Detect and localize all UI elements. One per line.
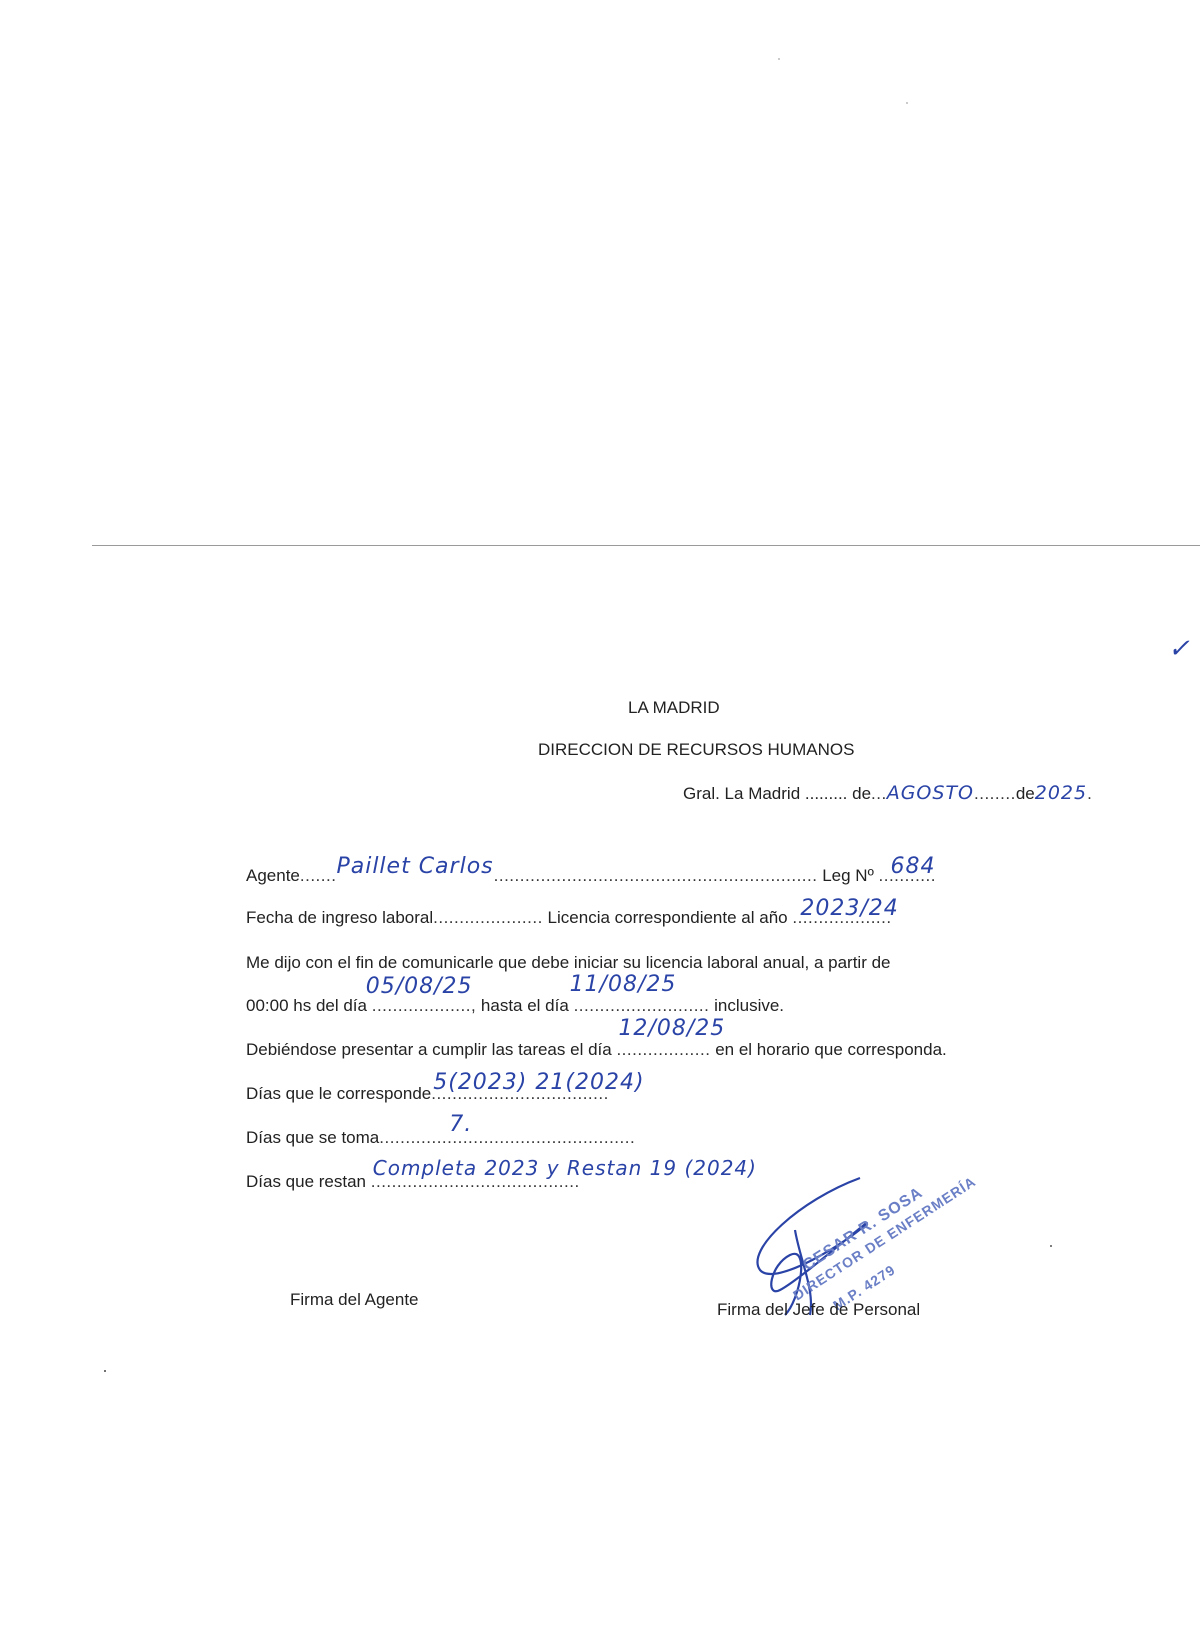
header-org: LA MADRID: [628, 698, 720, 718]
desde-row: 00:00 hs del día ..................., 05…: [246, 996, 784, 1016]
fecha-fin: 11/08/25: [570, 972, 677, 997]
dias-toma-row: Días que se toma........................…: [246, 1128, 635, 1148]
checkmark-icon: ✓: [1168, 633, 1190, 664]
fecha-inicio: 05/08/25: [366, 974, 473, 999]
scan-speck: [104, 1370, 106, 1372]
leg-number: 684: [891, 854, 936, 879]
header-department: DIRECCION DE RECURSOS HUMANOS: [538, 740, 854, 760]
page-separator-line: [92, 545, 1200, 546]
ingreso-row: Fecha de ingreso laboral................…: [246, 908, 892, 928]
date-year: 2025: [1035, 782, 1087, 804]
dias-toma-value: 7.: [449, 1112, 472, 1137]
scan-speck: [1050, 1245, 1052, 1247]
date-prefix: Gral. La Madrid ......... de: [683, 784, 871, 803]
notice-paragraph: Me dijo con el fin de comunicarle que de…: [246, 953, 890, 973]
ingreso-label: Fecha de ingreso laboral: [246, 908, 433, 927]
scan-speck: [906, 102, 908, 104]
firma-jefe-label: Firma del Jefe de Personal: [717, 1300, 920, 1320]
scan-speck: [778, 58, 780, 60]
dias-restan-value: Completa 2023 y Restan 19 (2024): [373, 1156, 757, 1180]
dias-restan-row: Días que restan ........................…: [246, 1172, 580, 1192]
date-line: Gral. La Madrid ......... de...AGOSTO...…: [683, 782, 1092, 804]
dias-corresponde-value: 5(2023) 21(2024): [433, 1070, 644, 1095]
firma-agente-label: Firma del Agente: [290, 1290, 419, 1310]
licencia-label: Licencia correspondiente al año: [548, 908, 788, 927]
licencia-year: 2023/24: [800, 896, 898, 921]
dias-corresponde-row: Días que le corresponde.................…: [246, 1084, 609, 1104]
date-month: AGOSTO: [887, 782, 974, 804]
agente-name: Paillet Carlos: [336, 854, 493, 879]
agente-row: Agente.......Paillet Carlos.............…: [246, 862, 936, 887]
leg-label: Leg Nº: [822, 866, 874, 885]
presentarse-row: Debiéndose presentar a cumplir las tarea…: [246, 1040, 947, 1060]
fecha-reintegro: 12/08/25: [618, 1016, 725, 1041]
agente-label: Agente: [246, 866, 300, 885]
